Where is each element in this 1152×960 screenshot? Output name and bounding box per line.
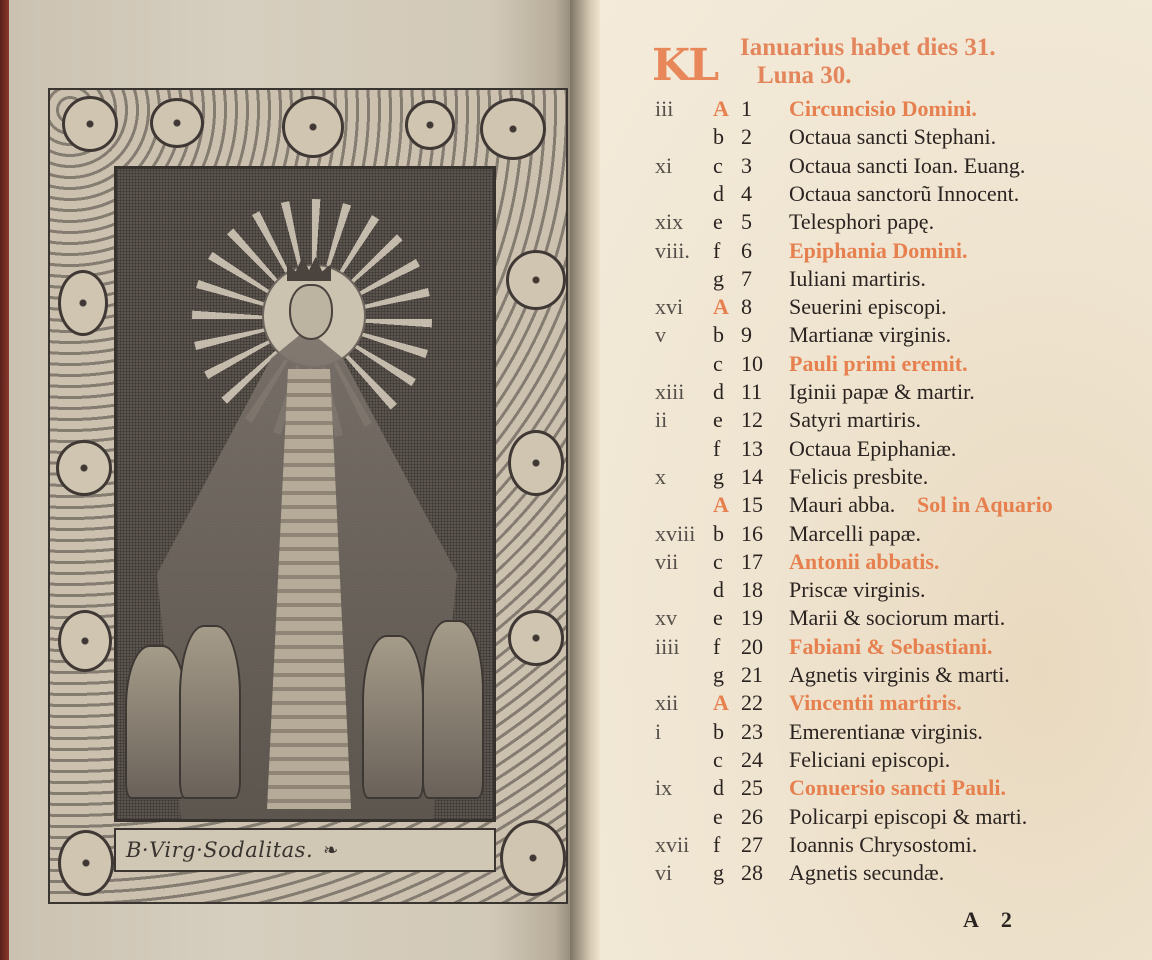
calendar-row: viic17Antonii abbatis. bbox=[655, 549, 1135, 577]
dominical-letter: d bbox=[713, 181, 724, 207]
dominical-letter: b bbox=[713, 322, 724, 348]
day-number: 13 bbox=[741, 436, 763, 462]
signature-mark: A2 bbox=[963, 907, 1012, 933]
day-number: 16 bbox=[741, 521, 763, 547]
feast-name: Mauri abba. bbox=[789, 492, 895, 518]
dominical-letter: c bbox=[713, 549, 723, 575]
dominical-letter: f bbox=[713, 436, 720, 462]
feast-name: Satyri martiris. bbox=[789, 407, 921, 433]
day-number: 21 bbox=[741, 662, 763, 688]
calendar-row: xiiA22Vincentii martiris. bbox=[655, 690, 1135, 718]
dominical-letter: g bbox=[713, 662, 724, 688]
calendar-row: xg14Felicis presbite. bbox=[655, 464, 1135, 492]
moon-heading: Luna 30. bbox=[757, 62, 851, 90]
calendar-row: xviif27Ioannis Chrysostomi. bbox=[655, 832, 1135, 860]
day-number: 4 bbox=[741, 181, 752, 207]
flower-icon bbox=[282, 96, 344, 158]
golden-number: i bbox=[655, 719, 661, 745]
dominical-letter: b bbox=[713, 719, 724, 745]
golden-number: xiii bbox=[655, 379, 684, 405]
day-number: 19 bbox=[741, 605, 763, 631]
golden-number: xix bbox=[655, 209, 683, 235]
dominical-letter: g bbox=[713, 464, 724, 490]
feast-name: Policarpi episcopi & marti. bbox=[789, 804, 1027, 830]
calendar-row: iie12Satyri martiris. bbox=[655, 407, 1135, 435]
feast-name: Octaua sanctorũ Innocent. bbox=[789, 181, 1019, 207]
calendar-row: ib23Emerentianæ virginis. bbox=[655, 719, 1135, 747]
feast-name: Marii & sociorum marti. bbox=[789, 605, 1005, 631]
dominical-letter: e bbox=[713, 209, 723, 235]
golden-number: xi bbox=[655, 153, 672, 179]
golden-number: iiii bbox=[655, 634, 679, 660]
day-number: 11 bbox=[741, 379, 762, 405]
calendar-row: xviiib16Marcelli papæ. bbox=[655, 521, 1135, 549]
day-number: 15 bbox=[741, 492, 763, 518]
day-number: 22 bbox=[741, 690, 763, 716]
day-number: 14 bbox=[741, 464, 763, 490]
calendar-row: vig28Agnetis secundæ. bbox=[655, 860, 1135, 888]
flower-icon bbox=[508, 430, 564, 496]
engraving-frame: B·Virg·Sodalitas. ❧ bbox=[48, 88, 568, 904]
feast-name: Telesphori papę. bbox=[789, 209, 934, 235]
feast-name: Ioannis Chrysostomi. bbox=[789, 832, 977, 858]
dominical-letter: A bbox=[713, 690, 729, 716]
engraving-caption: B·Virg·Sodalitas. bbox=[126, 838, 313, 862]
kneeling-figure bbox=[125, 645, 187, 799]
golden-number: x bbox=[655, 464, 666, 490]
dominical-letter: A bbox=[713, 96, 729, 122]
dominical-letter: e bbox=[713, 804, 723, 830]
flower-icon bbox=[58, 610, 112, 672]
day-number: 10 bbox=[741, 351, 763, 377]
feast-name: Agnetis secundæ. bbox=[789, 860, 944, 886]
golden-number: vi bbox=[655, 860, 672, 886]
calendar-row: xviA8Seuerini episcopi. bbox=[655, 294, 1135, 322]
day-number: 2 bbox=[741, 124, 752, 150]
flower-icon bbox=[58, 830, 114, 896]
kalendae-mark: KL bbox=[652, 40, 717, 91]
caption-box: B·Virg·Sodalitas. ❧ bbox=[114, 828, 496, 872]
calendar-row: ixd25Conuersio sancti Pauli. bbox=[655, 775, 1135, 803]
dominical-letter: d bbox=[713, 775, 724, 801]
calendar-row: iiiA1Circuncisio Domini. bbox=[655, 96, 1135, 124]
feast-name: Antonii abbatis. bbox=[789, 549, 939, 575]
book-cover-edge bbox=[0, 0, 9, 960]
ornament-icon: ❧ bbox=[323, 840, 338, 861]
dominical-letter: b bbox=[713, 124, 724, 150]
day-number: 8 bbox=[741, 294, 752, 320]
month-heading: Ianuarius habet dies 31. bbox=[740, 34, 996, 62]
madonna-image bbox=[114, 166, 496, 822]
calendar-row: d18Priscæ virginis. bbox=[655, 577, 1135, 605]
feast-name: Iuliani martiris. bbox=[789, 266, 926, 292]
flower-icon bbox=[506, 250, 566, 310]
day-number: 26 bbox=[741, 804, 763, 830]
feast-name: Octaua sancti Ioan. Euang. bbox=[789, 153, 1025, 179]
dominical-letter: e bbox=[713, 407, 723, 433]
calendar-row: xiiid11Iginii papæ & martir. bbox=[655, 379, 1135, 407]
golden-number: ix bbox=[655, 775, 672, 801]
dominical-letter: A bbox=[713, 294, 729, 320]
dominical-letter: g bbox=[713, 860, 724, 886]
feast-name: Felicis presbite. bbox=[789, 464, 928, 490]
calendar-row: viii.f6Epiphania Domini. bbox=[655, 238, 1135, 266]
feast-name: Emerentianæ virginis. bbox=[789, 719, 983, 745]
madonna-face bbox=[289, 284, 333, 340]
feast-name: Epiphania Domini. bbox=[789, 238, 968, 264]
dominical-letter: c bbox=[713, 153, 723, 179]
calendar-row: g21Agnetis virginis & marti. bbox=[655, 662, 1135, 690]
day-number: 25 bbox=[741, 775, 763, 801]
golden-number: viii. bbox=[655, 238, 690, 264]
golden-number: ii bbox=[655, 407, 667, 433]
feast-name: Octaua sancti Stephani. bbox=[789, 124, 996, 150]
day-number: 20 bbox=[741, 634, 763, 660]
feast-name: Agnetis virginis & marti. bbox=[789, 662, 1010, 688]
kneeling-figure bbox=[362, 635, 424, 799]
dominical-letter: f bbox=[713, 238, 720, 264]
calendar-row: f13Octaua Epiphaniæ. bbox=[655, 436, 1135, 464]
calendar-row: b2Octaua sancti Stephani. bbox=[655, 124, 1135, 152]
flower-icon bbox=[405, 100, 455, 150]
dominical-letter: A bbox=[713, 492, 729, 518]
feast-name: Iginii papæ & martir. bbox=[789, 379, 975, 405]
feast-note: Sol in Aquario bbox=[917, 492, 1053, 518]
calendar-row: g7Iuliani martiris. bbox=[655, 266, 1135, 294]
day-number: 12 bbox=[741, 407, 763, 433]
flower-icon bbox=[150, 98, 204, 148]
dominical-letter: c bbox=[713, 351, 723, 377]
dominical-letter: d bbox=[713, 577, 724, 603]
day-number: 27 bbox=[741, 832, 763, 858]
dominical-letter: f bbox=[713, 634, 720, 660]
feast-name: Fabiani & Sebastiani. bbox=[789, 634, 993, 660]
day-number: 9 bbox=[741, 322, 752, 348]
calendar-row: xve19Marii & sociorum marti. bbox=[655, 605, 1135, 633]
golden-number: xvi bbox=[655, 294, 683, 320]
day-number: 5 bbox=[741, 209, 752, 235]
dominical-letter: e bbox=[713, 605, 723, 631]
day-number: 23 bbox=[741, 719, 763, 745]
signature-number: 2 bbox=[1001, 907, 1012, 932]
dominical-letter: f bbox=[713, 832, 720, 858]
flower-icon bbox=[56, 440, 112, 496]
calendar-row: c24Feliciani episcopi. bbox=[655, 747, 1135, 775]
feast-name: Conuersio sancti Pauli. bbox=[789, 775, 1006, 801]
feast-name: Circuncisio Domini. bbox=[789, 96, 977, 122]
calendar-row: c10Pauli primi eremit. bbox=[655, 351, 1135, 379]
feast-name: Seuerini episcopi. bbox=[789, 294, 947, 320]
calendar-row: iiiif20Fabiani & Sebastiani. bbox=[655, 634, 1135, 662]
dominical-letter: b bbox=[713, 521, 724, 547]
flower-icon bbox=[508, 610, 564, 666]
kneeling-figure bbox=[422, 620, 484, 799]
day-number: 28 bbox=[741, 860, 763, 886]
day-number: 17 bbox=[741, 549, 763, 575]
feast-name: Marcelli papæ. bbox=[789, 521, 921, 547]
golden-number: xv bbox=[655, 605, 677, 631]
golden-number: xvii bbox=[655, 832, 689, 858]
feast-name: Vincentii martiris. bbox=[789, 690, 962, 716]
signature-letter: A bbox=[963, 907, 979, 932]
golden-number: v bbox=[655, 322, 666, 348]
day-number: 18 bbox=[741, 577, 763, 603]
day-number: 6 bbox=[741, 238, 752, 264]
day-number: 7 bbox=[741, 266, 752, 292]
dominical-letter: d bbox=[713, 379, 724, 405]
feast-name: Martianæ virginis. bbox=[789, 322, 951, 348]
calendar-row: e26Policarpi episcopi & marti. bbox=[655, 804, 1135, 832]
calendar-row: d4Octaua sanctorũ Innocent. bbox=[655, 181, 1135, 209]
feast-name: Pauli primi eremit. bbox=[789, 351, 968, 377]
day-number: 1 bbox=[741, 96, 752, 122]
calendar-row: xixe5Telesphori papę. bbox=[655, 209, 1135, 237]
calendar-row: vb9Martianæ virginis. bbox=[655, 322, 1135, 350]
calendar-row: A15Mauri abba.Sol in Aquario bbox=[655, 492, 1135, 520]
flower-icon bbox=[480, 98, 546, 160]
book-gutter bbox=[570, 0, 600, 960]
flower-icon bbox=[62, 96, 118, 152]
calendar-row: xic3Octaua sancti Ioan. Euang. bbox=[655, 153, 1135, 181]
kneeling-figure bbox=[179, 625, 241, 799]
dominical-letter: c bbox=[713, 747, 723, 773]
feast-name: Octaua Epiphaniæ. bbox=[789, 436, 956, 462]
flower-icon bbox=[58, 270, 108, 336]
golden-number: vii bbox=[655, 549, 678, 575]
golden-number: xviii bbox=[655, 521, 695, 547]
feast-name: Priscæ virginis. bbox=[789, 577, 926, 603]
day-number: 24 bbox=[741, 747, 763, 773]
flower-icon bbox=[500, 820, 566, 896]
day-number: 3 bbox=[741, 153, 752, 179]
feast-name: Feliciani episcopi. bbox=[789, 747, 950, 773]
dominical-letter: g bbox=[713, 266, 724, 292]
golden-number: xii bbox=[655, 690, 678, 716]
golden-number: iii bbox=[655, 96, 673, 122]
